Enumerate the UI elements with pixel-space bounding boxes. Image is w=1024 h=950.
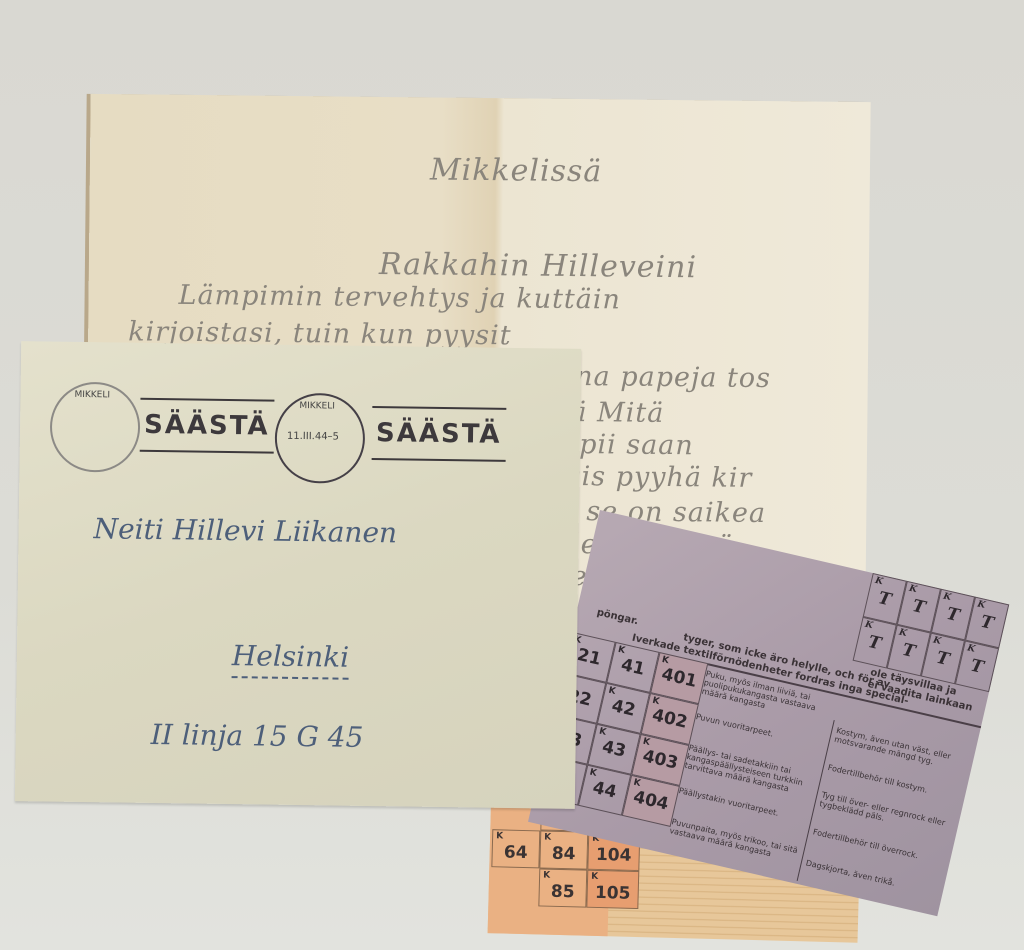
postmark-slogan: SÄÄSTÄ	[372, 406, 506, 462]
letter-line: Lämpimin tervehtys ja kuttäin	[178, 280, 621, 316]
letter-line: sis pyyhä kir	[567, 461, 753, 494]
coupon-cell: K105	[586, 870, 639, 909]
address-name: Neiti Hillevi Liikanen	[93, 512, 397, 549]
envelope: MIKKELI SÄÄSTÄ MIKKELI 11.III.44–5 SÄÄST…	[15, 341, 581, 809]
postmark-date: 11.III.44–5	[287, 431, 339, 443]
address-street: II linja 15 G 45	[151, 718, 364, 754]
card-text: pöngar.	[596, 607, 640, 627]
postmark-slogan: SÄÄSTÄ	[140, 398, 274, 454]
postmark-circle: MIKKELI	[49, 382, 140, 473]
table-row: Päällys- tai sadetakkiin tai kangaspääll…	[684, 743, 817, 799]
coupon-cell: K64	[491, 829, 540, 868]
table-row: Tyg till över- eller regnrock eller tygb…	[819, 790, 955, 838]
table-row: Kostym, även utan väst, eller motsvarand…	[833, 726, 969, 774]
table-row: Fodertillbehör till överrock.	[812, 827, 946, 866]
postmark-circle: MIKKELI 11.III.44–5	[274, 393, 365, 484]
coupon-cell: K85	[538, 868, 587, 907]
letter-salutation: Rakkahin Hilleveini	[379, 247, 697, 285]
address-city: Helsinki	[232, 639, 350, 680]
table-row: Puvunpaita, myös trikoo, tai sitä vastaa…	[669, 817, 800, 864]
coupon-cell: K84	[539, 830, 588, 869]
letter-place-heading: Mikkelissä	[430, 152, 603, 189]
